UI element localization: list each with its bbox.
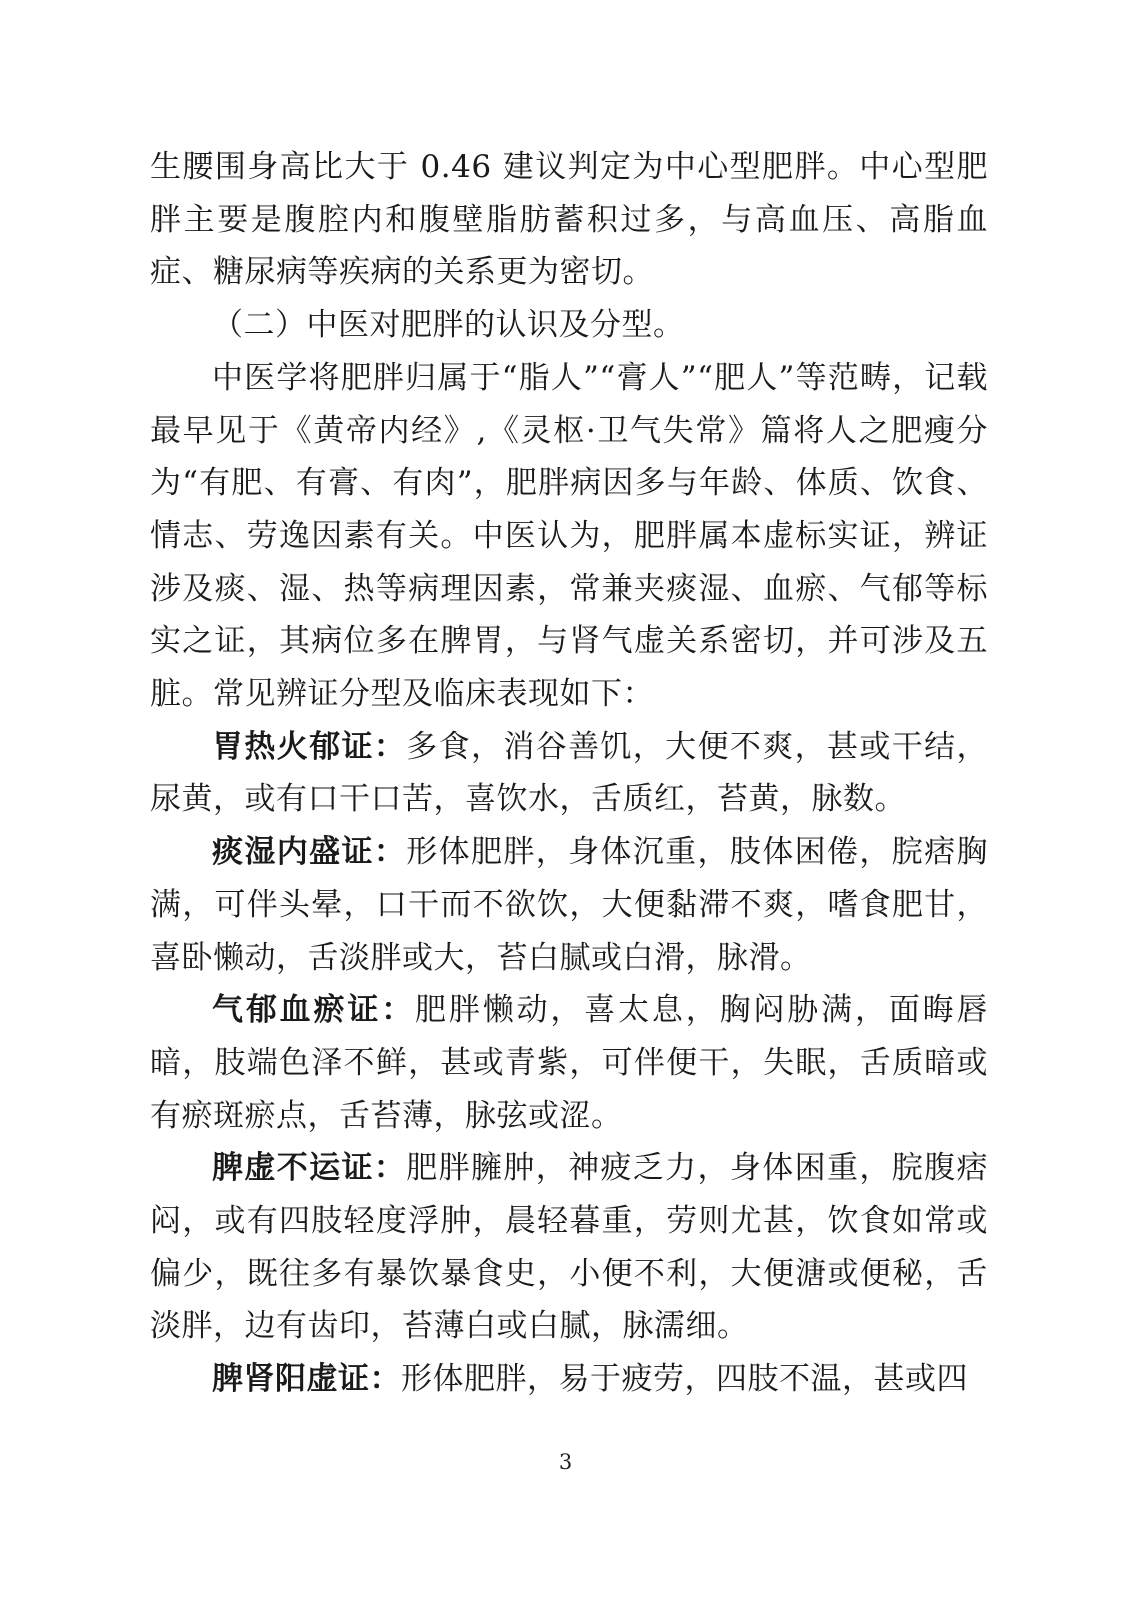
paragraph: 胃热火郁证：多食，消谷善饥，大便不爽，甚或干结，尿黄，或有口干口苦，喜饮水，舌质… xyxy=(150,721,988,826)
paragraph: 脾虚不运证：肥胖臃肿，神疲乏力，身体困重，脘腹痞闷，或有四肢轻度浮肿，晨轻暮重，… xyxy=(150,1142,988,1353)
document-page: 生腰围身高比大于 0.46 建议判定为中心型肥胖。中心型肥胖主要是腹腔内和腹壁脂… xyxy=(0,0,1131,1600)
text-run: （二）中医对肥胖的认识及分型。 xyxy=(212,307,685,343)
syndrome-label: 痰湿内盛证： xyxy=(212,834,406,870)
document-text-body: 生腰围身高比大于 0.46 建议判定为中心型肥胖。中心型肥胖主要是腹腔内和腹壁脂… xyxy=(150,141,988,1406)
paragraph: 痰湿内盛证：形体肥胖，身体沉重，肢体困倦，脘痞胸满，可伴头晕，口干而不欲饮，大便… xyxy=(150,826,988,984)
paragraph: 生腰围身高比大于 0.46 建议判定为中心型肥胖。中心型肥胖主要是腹腔内和腹壁脂… xyxy=(150,141,988,299)
paragraph: （二）中医对肥胖的认识及分型。 xyxy=(150,299,988,352)
syndrome-label: 脾虚不运证： xyxy=(212,1150,406,1186)
text-run: 形体肥胖，易于疲劳，四肢不温，甚或四 xyxy=(401,1361,968,1397)
syndrome-label: 脾肾阳虚证： xyxy=(212,1361,401,1397)
paragraph: 脾肾阳虚证：形体肥胖，易于疲劳，四肢不温，甚或四 xyxy=(150,1353,988,1406)
text-run: 生腰围身高比大于 0.46 建议判定为中心型肥胖。中心型肥胖主要是腹腔内和腹壁脂… xyxy=(150,149,988,290)
page-number: 3 xyxy=(559,1450,572,1474)
paragraph: 气郁血瘀证：肥胖懒动，喜太息，胸闷胁满，面晦唇暗，肢端色泽不鲜，甚或青紫，可伴便… xyxy=(150,984,988,1142)
page-footer: 3 xyxy=(0,1450,1131,1474)
text-run: 中医学将肥胖归属于“脂人”“膏人”“肥人”等范畴，记载最早见于《黄帝内经》,《灵… xyxy=(150,360,988,712)
syndrome-label: 气郁血瘀证： xyxy=(212,992,415,1028)
paragraph: 中医学将肥胖归属于“脂人”“膏人”“肥人”等范畴，记载最早见于《黄帝内经》,《灵… xyxy=(150,352,988,721)
syndrome-label: 胃热火郁证： xyxy=(212,729,406,765)
